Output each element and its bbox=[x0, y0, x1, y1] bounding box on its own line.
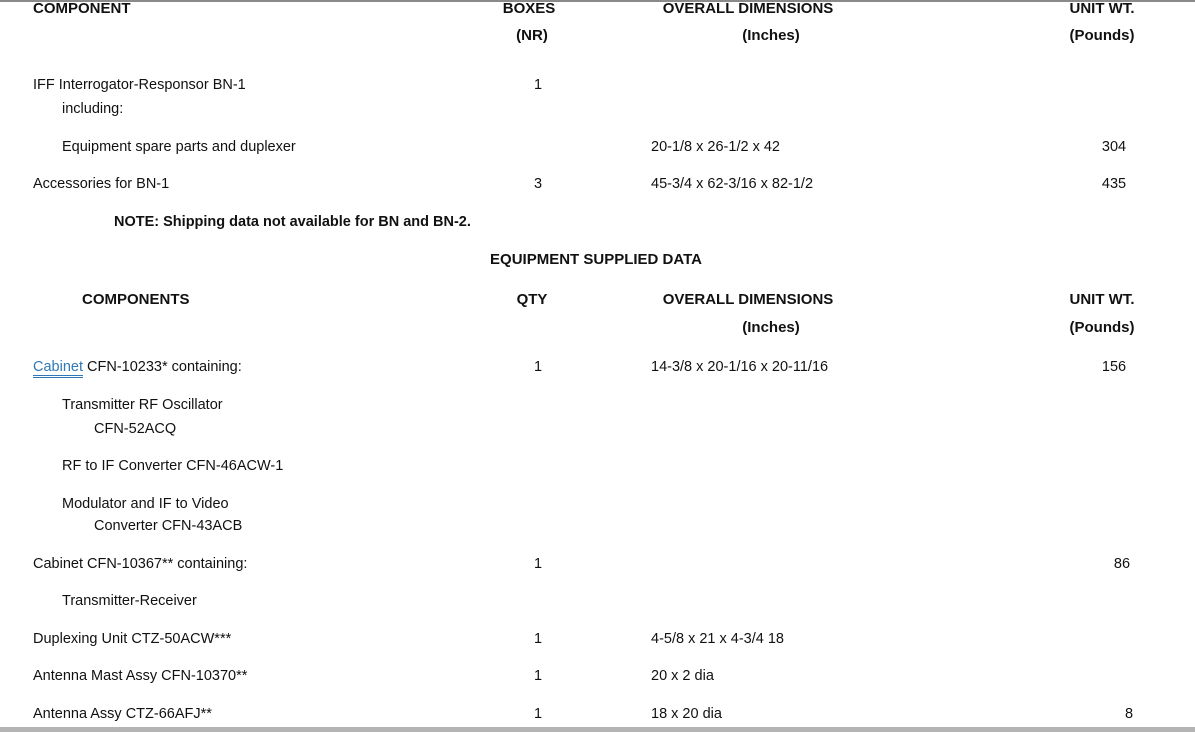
equipment-row-qty: 1 bbox=[534, 667, 542, 685]
header-qty: QTY bbox=[517, 291, 548, 309]
equipment-row-component-line2: Converter CFN-43ACB bbox=[94, 517, 242, 535]
equipment-row-dimensions: 18 x 20 dia bbox=[651, 705, 722, 723]
equipment-row-component: Cabinet CFN-10367** containing: bbox=[33, 555, 247, 573]
section-title: EQUIPMENT SUPPLIED DATA bbox=[490, 251, 702, 269]
shipping-row-weight: 435 bbox=[1102, 175, 1126, 193]
equipment-row-qty: 1 bbox=[534, 630, 542, 648]
equipment-row-component: Modulator and IF to Video bbox=[62, 495, 229, 513]
shipping-row-boxes: 1 bbox=[534, 76, 542, 94]
header-components: COMPONENTS bbox=[82, 291, 190, 309]
equipment-row-component-line2: CFN-52ACQ bbox=[94, 420, 176, 438]
shipping-row-dimensions: 20-1/8 x 26-1/2 x 42 bbox=[651, 138, 780, 156]
header-boxes: BOXES bbox=[503, 0, 556, 18]
equipment-row-dimensions: 14-3/8 x 20-1/16 x 20-11/16 bbox=[651, 358, 828, 376]
equipment-row-qty: 1 bbox=[534, 358, 542, 376]
equipment-row-qty: 1 bbox=[534, 705, 542, 723]
equipment-row-component: Antenna Assy CTZ-66AFJ** bbox=[33, 705, 212, 723]
equipment-row-weight: 86 bbox=[1114, 555, 1130, 573]
shipping-row-component: Accessories for BN-1 bbox=[33, 175, 169, 193]
bottom-bar bbox=[0, 727, 1195, 732]
equipment-row-component: RF to IF Converter CFN-46ACW-1 bbox=[62, 457, 283, 475]
header-dimensions: OVERALL DIMENSIONS bbox=[663, 291, 834, 309]
header-weight-unit: (Pounds) bbox=[1070, 319, 1135, 337]
shipping-row-component: Equipment spare parts and duplexer bbox=[62, 138, 296, 156]
equipment-row-qty: 1 bbox=[534, 555, 542, 573]
shipping-note: NOTE: Shipping data not available for BN… bbox=[114, 213, 471, 231]
header-dimensions: OVERALL DIMENSIONS bbox=[663, 0, 834, 18]
equipment-row-dimensions: 20 x 2 dia bbox=[651, 667, 714, 685]
equipment-row-component: Antenna Mast Assy CFN-10370** bbox=[33, 667, 247, 685]
equipment-row-component: Transmitter-Receiver bbox=[62, 592, 197, 610]
equipment-row-component: Duplexing Unit CTZ-50ACW*** bbox=[33, 630, 231, 648]
equipment-row-weight: 8 bbox=[1125, 705, 1133, 723]
equipment-row-component: Transmitter RF Oscillator bbox=[62, 396, 223, 414]
top-border bbox=[0, 0, 1195, 2]
header-dimensions-unit: (Inches) bbox=[742, 27, 800, 45]
cabinet-link[interactable]: Cabinet bbox=[33, 359, 83, 378]
shipping-row-dimensions: 45-3/4 x 62-3/16 x 82-1/2 bbox=[651, 175, 813, 193]
header-component: COMPONENT bbox=[33, 0, 131, 18]
header-boxes-unit: (NR) bbox=[516, 27, 548, 45]
header-weight: UNIT WT. bbox=[1070, 291, 1135, 309]
equipment-row-dimensions: 4-5/8 x 21 x 4-3/4 18 bbox=[651, 630, 784, 648]
shipping-row-component: IFF Interrogator-Responsor BN-1 bbox=[33, 76, 246, 94]
header-dimensions-unit: (Inches) bbox=[742, 319, 800, 337]
shipping-row-boxes: 3 bbox=[534, 175, 542, 193]
shipping-row-weight: 304 bbox=[1102, 138, 1126, 156]
equipment-row-weight: 156 bbox=[1102, 358, 1126, 376]
header-weight-unit: (Pounds) bbox=[1070, 27, 1135, 45]
equipment-row-component: Cabinet CFN-10233* containing: bbox=[33, 358, 242, 376]
equipment-row-component-text: CFN-10233* containing: bbox=[83, 359, 242, 375]
shipping-row-component: including: bbox=[62, 100, 123, 118]
header-weight: UNIT WT. bbox=[1070, 0, 1135, 18]
